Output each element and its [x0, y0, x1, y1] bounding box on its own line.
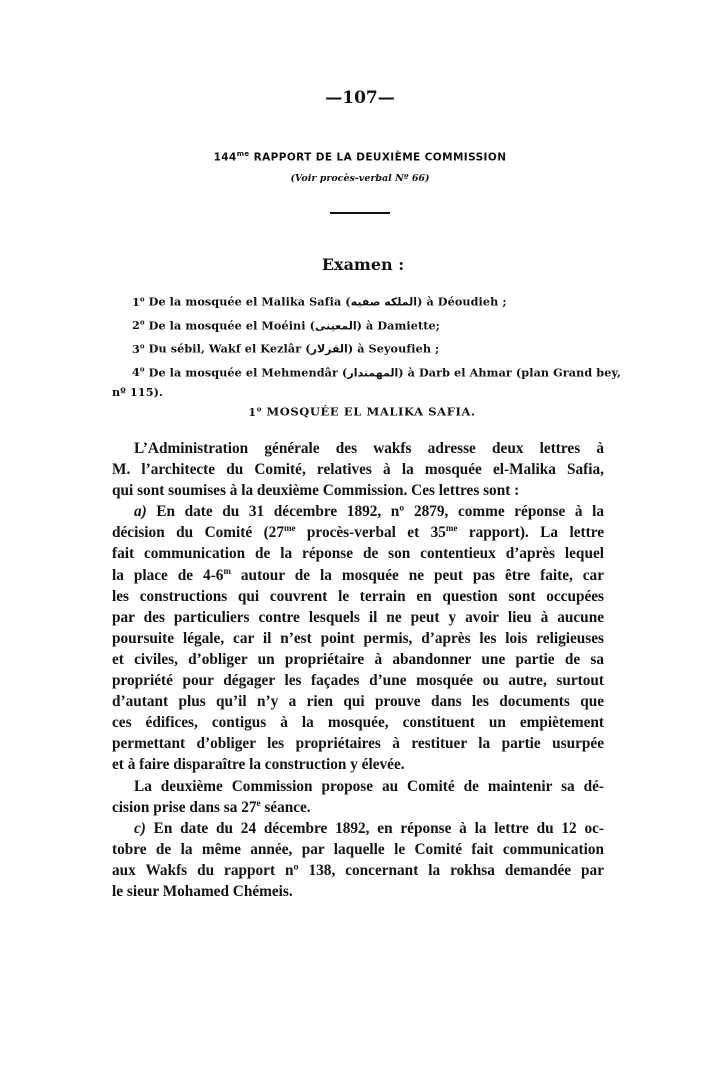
text-line: L’Administration générale des wakfs adre…	[112, 438, 604, 459]
agenda-item: 1o De la mosquée el Malika Safia (الملكه…	[112, 289, 612, 313]
text-line: tobre de la même année, par laquelle le …	[112, 839, 604, 860]
text-line: c) En date du 24 décembre 1892, en répon…	[112, 818, 604, 839]
text-line: le sieur Mohamed Chémeis.	[112, 881, 604, 902]
text-line: cision prise dans sa 27e séance.	[112, 797, 604, 818]
body-paragraphs: L’Administration générale des wakfs adre…	[112, 438, 604, 902]
agenda-item-text-after: ) à Darb el Ahmar (plan Grand bey,	[398, 365, 621, 379]
text-line: les constructions qui couvrent le terrai…	[112, 586, 604, 607]
report-reference: (Voir procès-verbal Nº 66)	[0, 173, 720, 184]
text-line: la place de 4-6m autour de la mosquée ne…	[112, 565, 604, 586]
text-line: ces édifices, contigus à la mosquée, con…	[112, 712, 604, 733]
report-number-suffix: me	[237, 150, 250, 158]
agenda-item-arabic: المهمندار	[347, 366, 398, 379]
text-line: et civiles, d’obliger un propriétaire à …	[112, 649, 604, 670]
agenda-item: 4o De la mosquée el Mehmendâr (المهمندار…	[112, 360, 612, 384]
agenda-item-text-after: ) à Seyoufieh ;	[348, 342, 439, 356]
divider-rule	[330, 212, 390, 214]
text-line: qui sont soumises à la deuxième Commissi…	[112, 480, 604, 501]
section-title: MOSQUÉE EL MALIKA SAFIA.	[266, 405, 475, 419]
agenda-item-arabic: الملكه صفيه	[351, 296, 417, 309]
text-line: La deuxième Commission propose au Comité…	[112, 776, 604, 797]
agenda-item-text: Du sébil, Wakf el Kezlâr (	[149, 342, 311, 356]
agenda-item-arabic: المعينى	[315, 319, 357, 332]
text-line: a) En date du 31 décembre 1892, nº 2879,…	[112, 501, 604, 522]
examen-heading: Examen :	[0, 255, 720, 274]
report-title: 144me RAPPORT DE LA DEUXIÈME COMMISSION	[0, 150, 720, 164]
agenda-item-text: De la mosquée el Mehmendâr (	[149, 365, 348, 379]
text-line: d’autant plus qu’il n’y a rien qui prouv…	[112, 691, 604, 712]
text-line: et à faire disparaître la construction y…	[112, 754, 604, 775]
item-label: c)	[134, 820, 146, 837]
report-number: 144	[214, 152, 237, 164]
agenda-item: 2o De la mosquée el Moéini (المعينى) à D…	[112, 313, 612, 337]
text-line: propriété pour dégager les façades d’une…	[112, 670, 604, 691]
agenda-item-number: 2o	[132, 318, 145, 332]
report-title-text: RAPPORT DE LA DEUXIÈME COMMISSION	[254, 152, 507, 164]
agenda-item-text-after: ) à Déoudieh ;	[417, 295, 507, 309]
section-heading: 1o MOSQUÉE EL MALIKA SAFIA.	[0, 404, 720, 419]
agenda-item-text: De la mosquée el Moéini (	[149, 318, 315, 332]
text-line: poursuite légale, car il n’est point per…	[112, 628, 604, 649]
agenda-item-number: 3o	[132, 342, 145, 356]
agenda-item-number: 1o	[132, 295, 145, 309]
agenda-item-continuation: nº 115).	[112, 383, 612, 403]
agenda-list: 1o De la mosquée el Malika Safia (الملكه…	[112, 289, 612, 403]
text-line: par des particuliers contre lesquels il …	[112, 607, 604, 628]
document-page: —107— 144me RAPPORT DE LA DEUXIÈME COMMI…	[0, 0, 720, 1082]
agenda-item-text-after: ) à Damiette;	[357, 318, 440, 332]
agenda-item: 3o Du sébil, Wakf el Kezlâr (القزلار) à …	[112, 336, 612, 360]
text-line: décision du Comité (27me procès-verbal e…	[112, 522, 604, 543]
text-line: aux Wakfs du rapport nº 138, concernant …	[112, 860, 604, 881]
agenda-item-arabic: القزلار	[311, 343, 348, 356]
text-line: permettant d’obliger les propriétaires à…	[112, 733, 604, 754]
agenda-item-text: De la mosquée el Malika Safia (	[149, 295, 351, 309]
text-line: fait communication de la réponse de son …	[112, 543, 604, 564]
item-label: a)	[134, 503, 147, 520]
agenda-item-number: 4o	[132, 365, 145, 379]
text-line: M. l’architecte du Comité, relatives à l…	[112, 459, 604, 480]
section-number: 1o	[248, 406, 262, 419]
page-number: —107—	[0, 88, 720, 108]
